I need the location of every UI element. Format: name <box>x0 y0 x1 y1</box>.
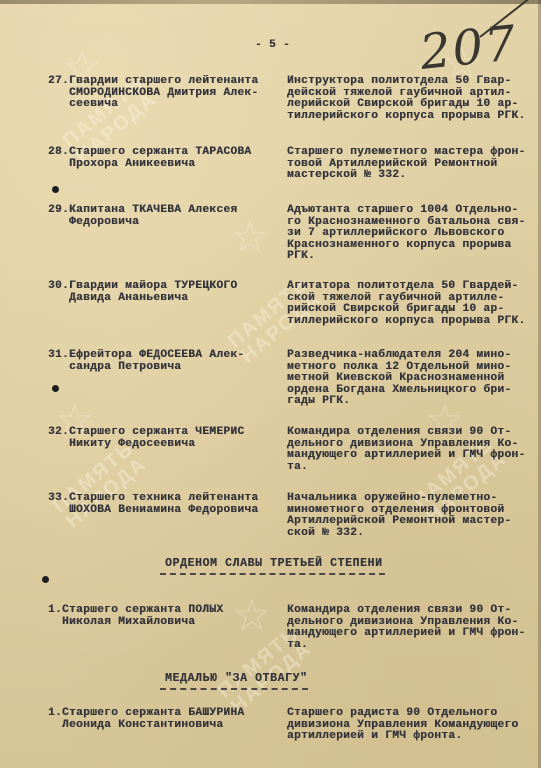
award-section-title: МЕДАЛЬЮ "ЗА ОТВАГУ" <box>165 673 308 685</box>
recipient-name: 30.Гвардии майора ТУРЕЦКОГО Давида Анань… <box>48 281 278 304</box>
recipient-position: Инструктора политотдела 50 Гвар- дейской… <box>287 76 537 122</box>
recipient-position: Начальника оружейно-пулеметно- минометно… <box>287 493 537 539</box>
recipient-position: Адъютанта старшего 1004 Отдельно- го Кра… <box>287 205 537 263</box>
recipient-name: 1.Старшего сержанта ПОЛЫХ Николая Михайл… <box>48 605 278 628</box>
recipient-name: 28.Старшего сержанта ТАРАСОВА Прохора Ан… <box>48 147 278 170</box>
recipient-position: Командира отделения связи 90 От- дельног… <box>287 427 537 473</box>
recipient-position: Старшего радиста 90 Отдельного дивизиона… <box>287 708 537 743</box>
dashed-underline <box>160 573 385 575</box>
recipient-name: 31.Ефрейтора ФЕДОСЕЕВА Алек- сандра Петр… <box>48 350 278 373</box>
recipient-position: Командира отделения связи 90 От- дельног… <box>287 605 537 651</box>
ink-spot <box>52 385 59 392</box>
recipient-name: 29.Капитана ТКАЧЕВА Алексея Федоровича <box>48 205 278 228</box>
recipient-name: 33.Старшего техника лейтенанта ШОХОВА Ве… <box>48 493 278 516</box>
document-page: ☆ ПАМЯТЬ НАРОДА ☆ ☆ ПАМЯТЬ НАРОДА ☆ ПАМЯ… <box>0 0 541 768</box>
dashed-underline <box>160 688 308 690</box>
ink-spot <box>42 576 49 583</box>
page-number: - 5 - <box>255 40 290 52</box>
recipient-name: 27.Гвардии старшего лейтенанта СМОРОДИНС… <box>48 76 278 111</box>
award-section-title: ОРДЕНОМ СЛАВЫ ТРЕТЬЕЙ СТЕПЕНИ <box>165 558 383 570</box>
recipient-position: Разведчика-наблюдателя 204 мино- метного… <box>287 350 537 408</box>
recipient-position: Агитатора политотдела 50 Гвардей- ской т… <box>287 281 537 327</box>
recipient-name: 1.Старшего сержанта БАШУРИНА Леонида Кон… <box>48 708 278 731</box>
ink-spot <box>52 186 59 193</box>
handwritten-number: 207 <box>417 15 520 81</box>
recipient-position: Старшего пулеметного мастера фрон- товой… <box>287 147 537 182</box>
recipient-name: 32.Старшего сержанта ЧЕМЕРИС Никиту Федо… <box>48 427 278 450</box>
